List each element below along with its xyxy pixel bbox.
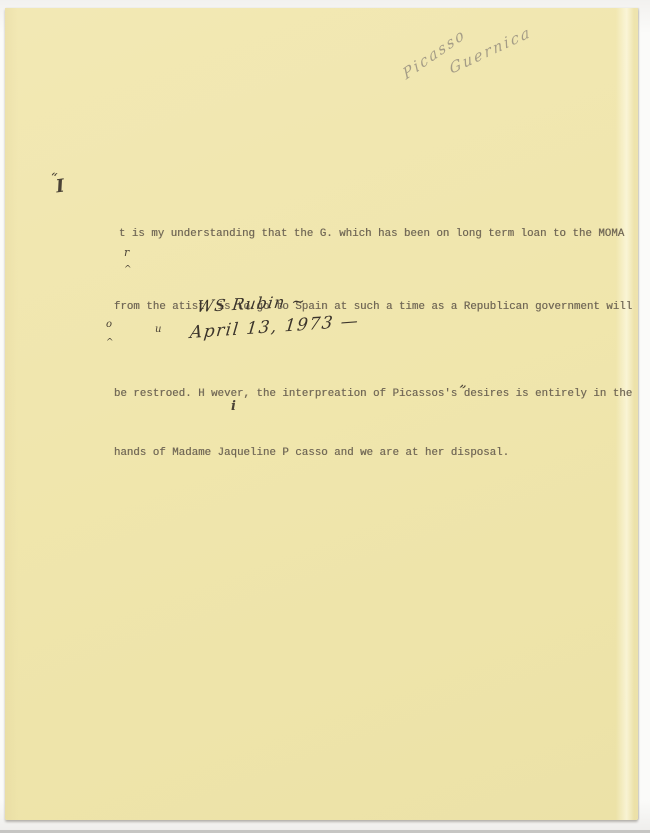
typed-line-4: i ” hands of Madame Jaqueline P casso an… bbox=[62, 404, 632, 441]
handwritten-insert-i: i bbox=[231, 400, 236, 413]
signature-date: April 13, 1973 — bbox=[189, 311, 360, 343]
handwritten-caret: ^ bbox=[106, 339, 114, 348]
handwritten-insert-r: r bbox=[124, 247, 129, 258]
signature-block: WS Rubin ~ April 13, 1973 — bbox=[197, 297, 360, 343]
typed-text-line-2: from the atist, is to go to Spain at suc… bbox=[114, 301, 632, 313]
handwritten-insert-u: u bbox=[155, 325, 161, 335]
memo-paper: Picasso Guernica “ I t is my understandi… bbox=[5, 8, 638, 820]
typed-text-line-1: t is my understanding that the G. which … bbox=[119, 227, 624, 241]
handwritten-capital-i: I bbox=[55, 178, 66, 197]
typed-text-line-4: hands of Madame Jaqueline P casso and we… bbox=[114, 447, 509, 459]
handwritten-insert-o: o bbox=[106, 320, 112, 330]
typed-text-line-3: be restroed. H wever, the interpreation … bbox=[114, 388, 632, 400]
typed-line-1: “ I t is my understanding that the G. wh… bbox=[62, 185, 632, 222]
scan-background: Picasso Guernica “ I t is my understandi… bbox=[0, 0, 650, 833]
handwritten-caret: ^ bbox=[124, 266, 132, 275]
